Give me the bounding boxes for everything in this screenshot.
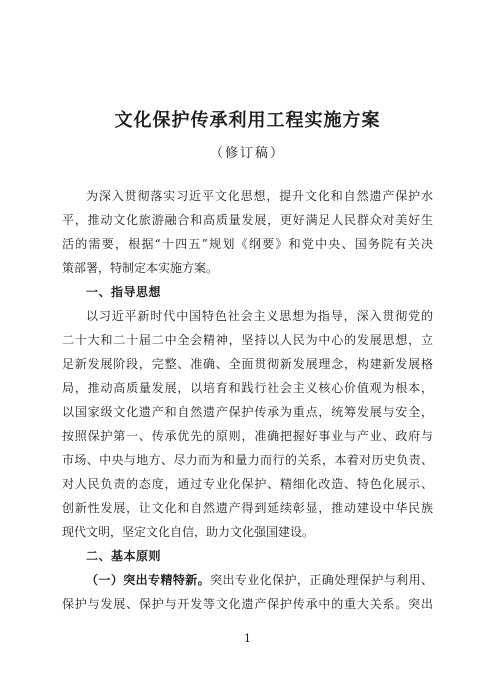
text-line: 平，推动文化旅游融合和高质量发展，更好满足人民群众对美好生 [62, 208, 433, 232]
text-line: 保护与发展、保护与开发等文化遗产保护传承中的重大关系。突出 [62, 592, 433, 616]
text-line: 活的需要，根据“十四五”规划《纲要》和党中央、国务院有关决 [62, 232, 433, 256]
intro-paragraph: 为深入贯彻落实习近平文化思想，提升文化和自然遗产保护水 平，推动文化旅游融合和高… [62, 184, 433, 280]
text-line: 按照保护第一、传承优先的原则，准确把握好事业与产业、政府与 [62, 424, 433, 448]
text-line: 以国家级文化遗产和自然遗产保护传承为重点，统筹发展与安全， [62, 400, 433, 424]
section-heading-guiding-ideology: 一、指导思想 [62, 280, 433, 304]
section1-paragraph: 以习近平新时代中国特色社会主义思想为指导，深入贯彻党的 二十大和二十届二中全会精… [62, 304, 433, 544]
text-line: 创新性发展，让文化和自然遗产得到延续彰显，推动建设中华民族 [62, 496, 433, 520]
text-line: 现代文明，坚定文化自信，助力文化强国建设。 [62, 520, 433, 544]
document-subtitle: （修订稿） [0, 142, 495, 161]
text-line: 市场、中央与地方、尽力而为和量力而行的关系，本着对历史负责、 [62, 448, 433, 472]
text-line: 为深入贯彻落实习近平文化思想，提升文化和自然遗产保护水 [62, 184, 433, 208]
text-line: 以习近平新时代中国特色社会主义思想为指导，深入贯彻党的 [62, 304, 433, 328]
item-lead-bold: （一）突出专精特新。 [86, 573, 210, 587]
document-page: 文化保护传承利用工程实施方案 （修订稿） 为深入贯彻落实习近平文化思想，提升文化… [0, 0, 495, 700]
page-number: 1 [0, 629, 495, 649]
document-title: 文化保护传承利用工程实施方案 [0, 106, 495, 132]
text-line: 足新发展阶段，完整、准确、全面贯彻新发展理念，构建新发展格 [62, 352, 433, 376]
item-lead-rest: 突出专业化保护，正确处理保护与利用、 [210, 573, 433, 587]
text-line: 二十大和二十届二中全会精神，坚持以人民为中心的发展思想，立 [62, 328, 433, 352]
text-line: 局，推动高质量发展，以培育和践行社会主义核心价值观为根本， [62, 376, 433, 400]
section-heading-basic-principles: 二、基本原则 [62, 544, 433, 568]
text-line: 策部署，特制定本实施方案。 [62, 256, 433, 280]
text-line: （一）突出专精特新。突出专业化保护，正确处理保护与利用、 [62, 568, 433, 592]
section2-item1-paragraph: （一）突出专精特新。突出专业化保护，正确处理保护与利用、 保护与发展、保护与开发… [62, 568, 433, 616]
text-line: 对人民负责的态度，通过专业化保护、精细化改造、特色化展示、 [62, 472, 433, 496]
document-body: 为深入贯彻落实习近平文化思想，提升文化和自然遗产保护水 平，推动文化旅游融合和高… [62, 184, 433, 616]
